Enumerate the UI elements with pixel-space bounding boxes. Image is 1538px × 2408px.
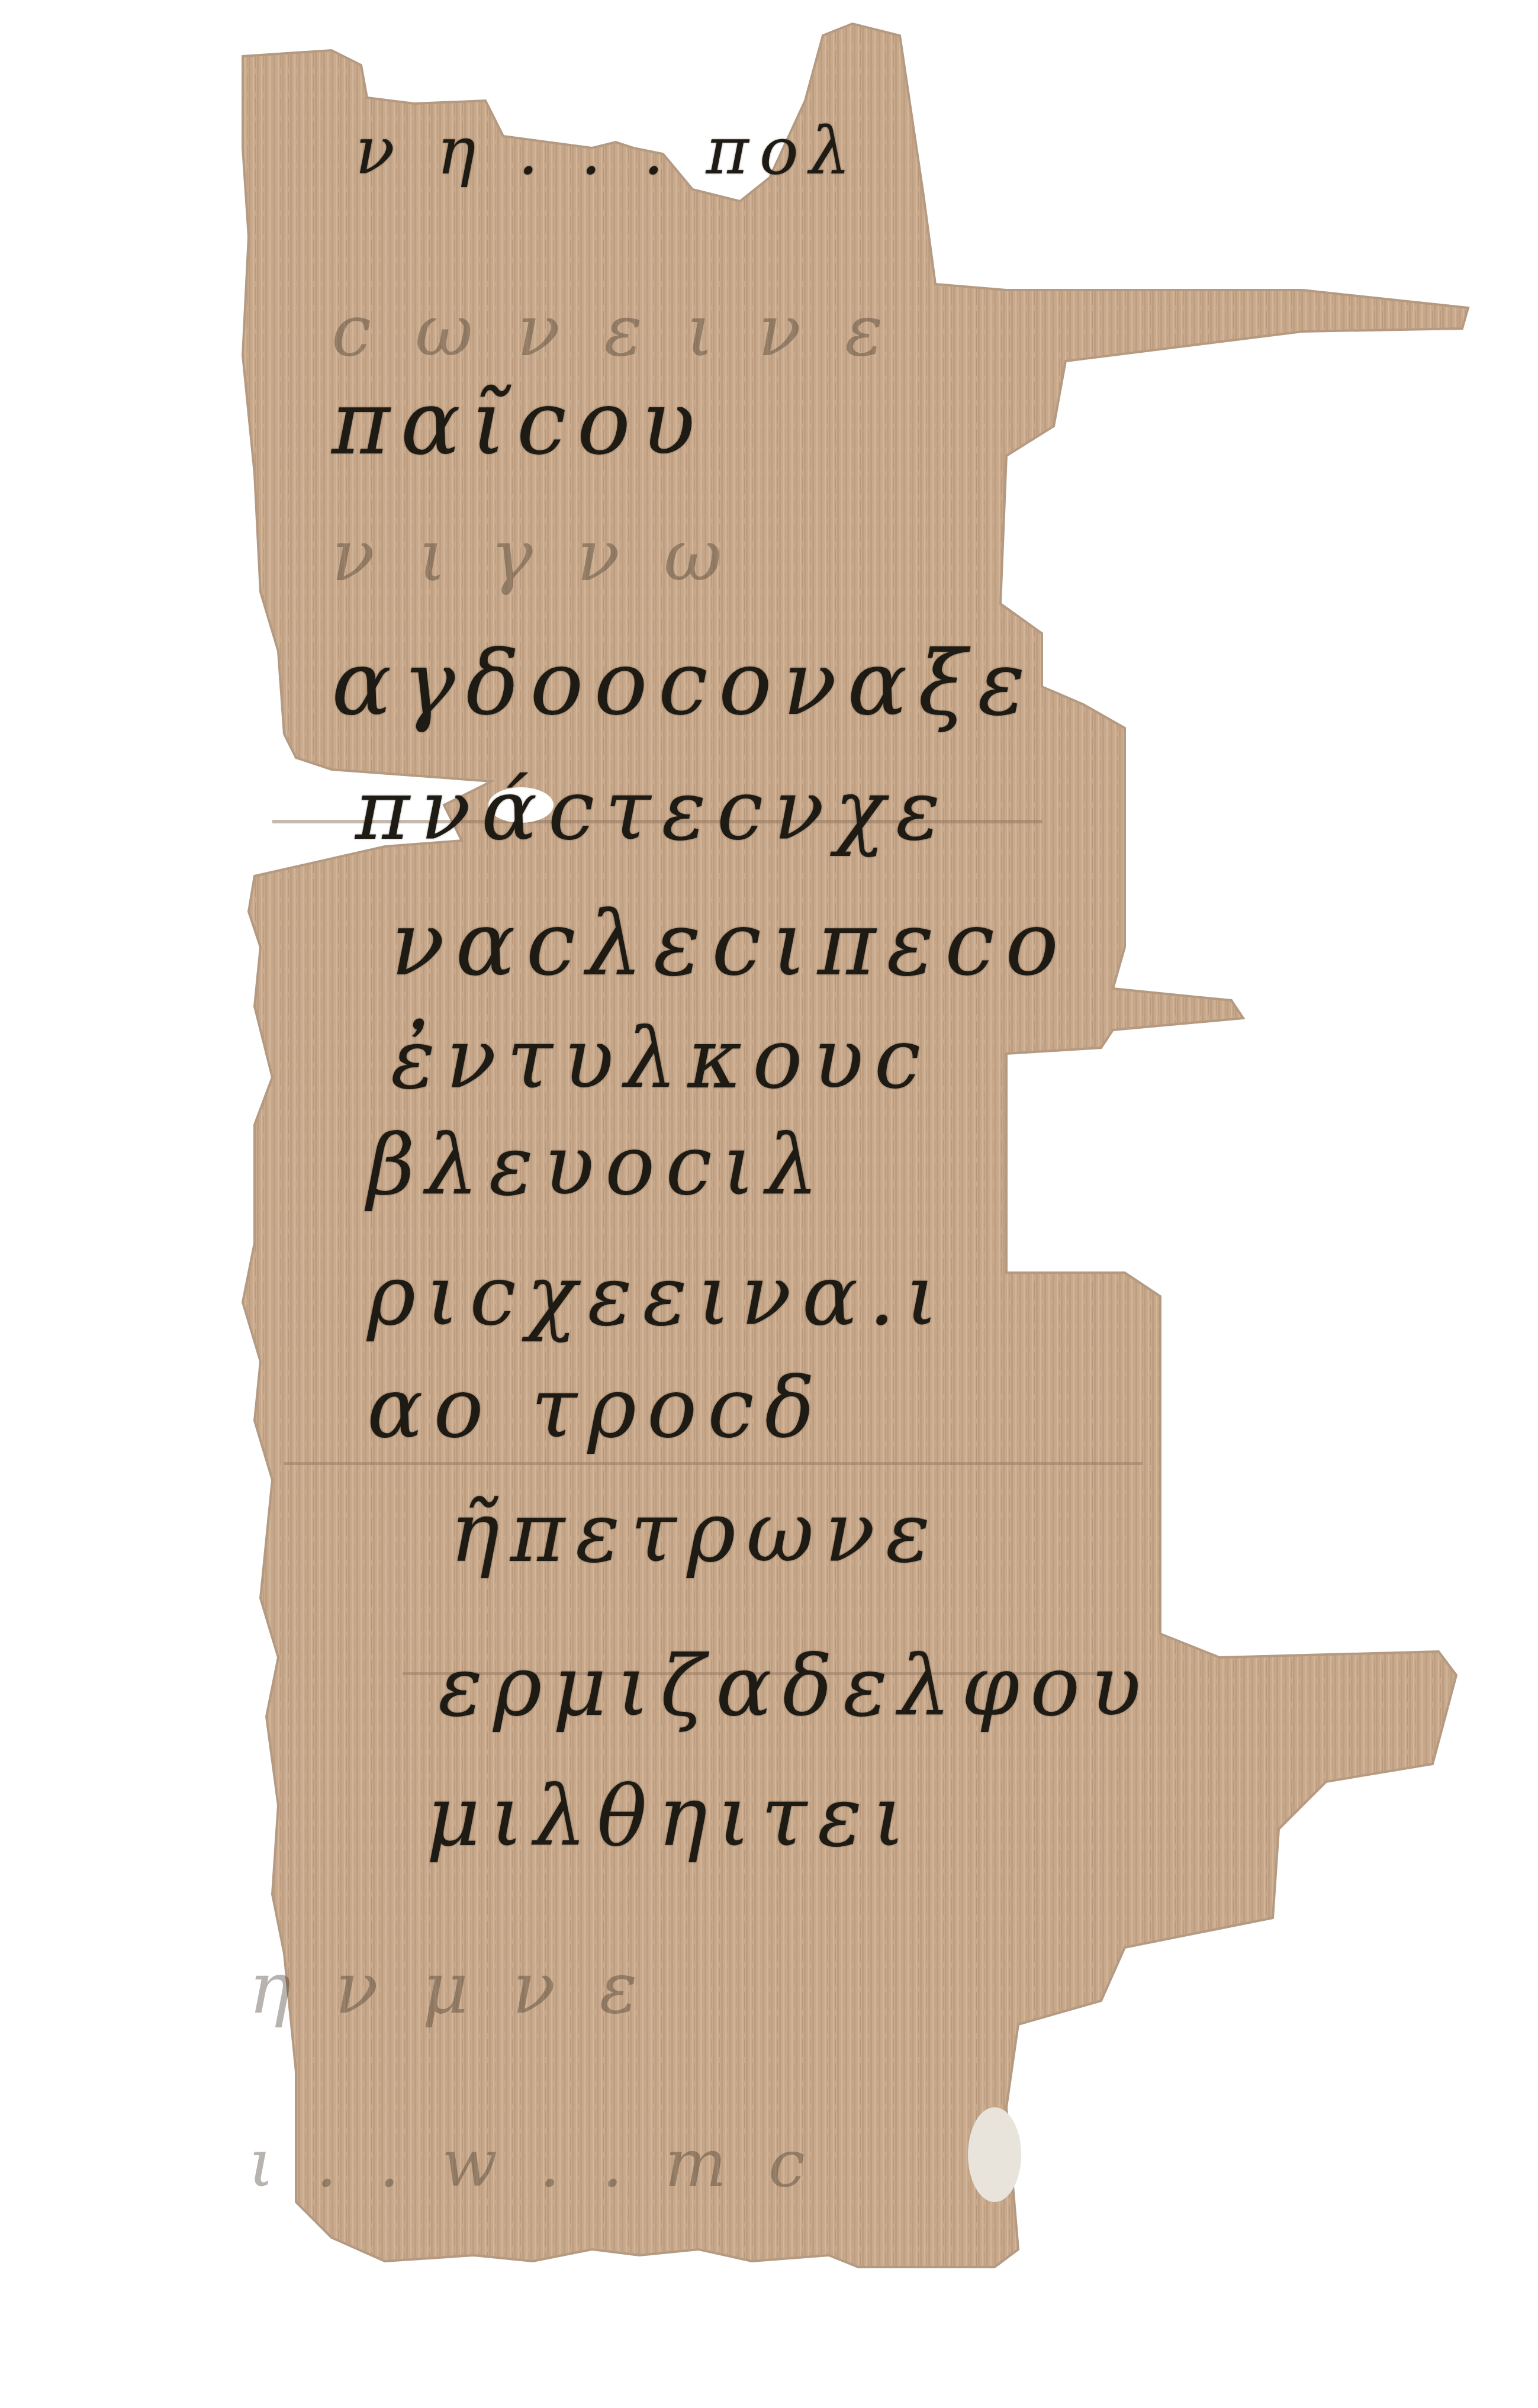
ink-line-15: η ν μ ν ε	[249, 1953, 648, 2024]
ink-line-10: ριϲχεεινα.ι	[367, 1255, 949, 1338]
ink-line-12: ῆπετρωνε	[450, 1492, 941, 1575]
ink-line-9: βλευοϲιλ	[367, 1125, 829, 1208]
ink-line-1: ν η . . . πολ	[355, 118, 861, 184]
ink-line-6: πνάϲτεϲνχε	[355, 770, 951, 852]
ink-line-7: ναϲλεϲιπεϲο	[391, 900, 1069, 989]
ink-line-4: ν ι γ ν ω	[332, 521, 732, 592]
ink-line-14: μιλθηιτει	[426, 1776, 916, 1859]
ink-line-16: ι . . w . . m c	[249, 2131, 816, 2196]
ink-line-5: αγδοοϲοναξε	[332, 639, 1036, 728]
papyrus-crack	[284, 1462, 1143, 1465]
ink-line-11: αο τροϲδ	[367, 1367, 825, 1450]
ink-line-2: ϲ ω ν ε ι ν ε	[332, 296, 894, 367]
ink-line-13: ερμιζαδελφου	[438, 1646, 1151, 1728]
papyrus-hole	[968, 2107, 1021, 2202]
papyrus-photo: ν η . . . πολ ϲ ω ν ε ι ν ε παῖϲου ν ι γ…	[0, 0, 1538, 2408]
ink-line-8: ἐντυλκουϲ	[391, 1018, 931, 1101]
ink-line-3: παῖϲου	[332, 379, 706, 468]
